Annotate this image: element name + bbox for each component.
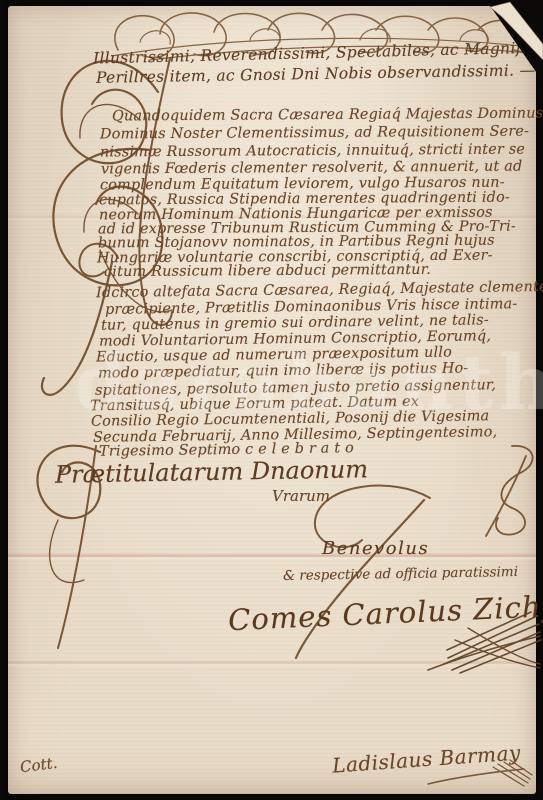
- closing-praetitulatarum: Prætitulatarum Dnaonum: [55, 455, 368, 488]
- body-line: Dominus Noster Clementissimus, ad Requis…: [100, 125, 529, 142]
- closing-vrarum: Vrarum: [272, 487, 330, 505]
- body-line: Quandoquidem Sacra Cæsarea Regiaq́ Majes…: [112, 106, 543, 123]
- body-line: citum Russicum libere abduci permittantu…: [104, 263, 431, 280]
- closing-benevolus: Benevolus: [322, 538, 429, 559]
- body-line: nissimæ Russorum Autocraticis, innuituq́…: [100, 143, 525, 160]
- manuscript-photograph: Illustrissimi, Reverendissimi, Spectabil…: [0, 0, 543, 800]
